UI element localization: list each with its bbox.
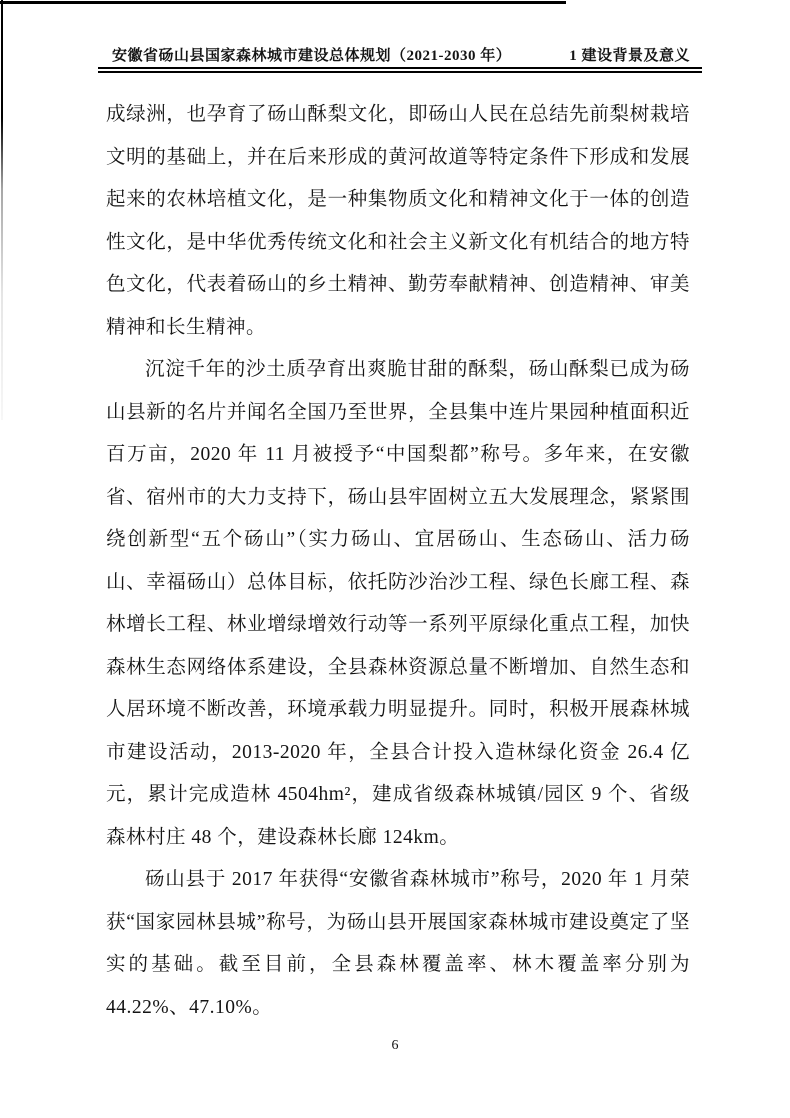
page-number: 6 [392,1038,399,1053]
paragraph-titles-coverage: 砀山县于 2017 年获得“安徽省森林城市”称号，2020 年 1 月荣获“国家… [106,859,690,1029]
scan-artifact-left-line [1,0,3,420]
document-body: 成绿洲，也孕育了砀山酥梨文化，即砀山人民在总结先前梨树栽培文明的基础上，并在后来… [106,94,690,1029]
scan-artifact-top-line [0,1,566,4]
header-chapter-title: 1 建设背景及意义 [569,44,690,65]
header-document-title: 安徽省砀山县国家森林城市建设总体规划（2021-2030 年） [112,44,511,65]
paragraph-pear-culture: 成绿洲，也孕育了砀山酥梨文化，即砀山人民在总结先前梨树栽培文明的基础上，并在后来… [106,94,690,349]
page-footer: 6 [0,1038,790,1054]
document-page: 安徽省砀山县国家森林城市建设总体规划（2021-2030 年） 1 建设背景及意… [0,0,790,1118]
page-header: 安徽省砀山县国家森林城市建设总体规划（2021-2030 年） 1 建设背景及意… [112,44,690,65]
header-rule [98,67,702,73]
paragraph-forest-construction: 沉淀千年的沙土质孕育出爽脆甘甜的酥梨，砀山酥梨已成为砀山县新的名片并闻名全国乃至… [106,349,690,859]
